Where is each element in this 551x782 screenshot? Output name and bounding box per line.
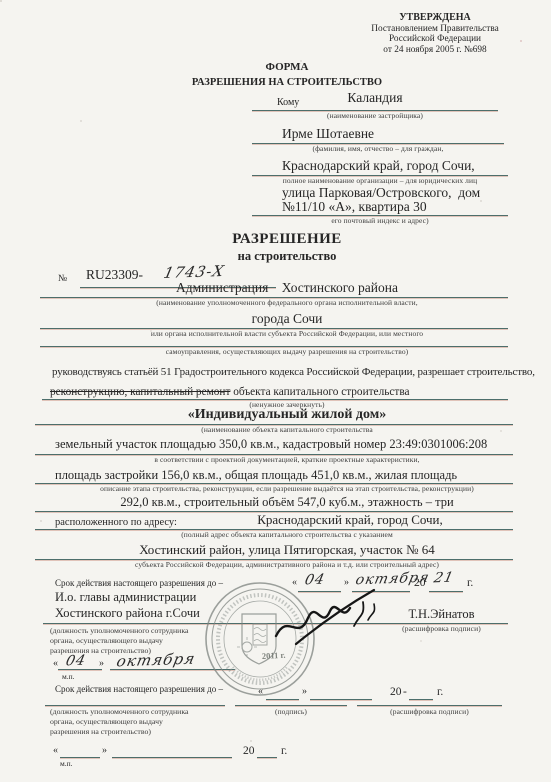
approval-line1: УТВЕРЖДЕНА [335,12,535,24]
recipient-name: Каландия [252,90,498,106]
official-post-line2: Хостинского района г.Сочи [55,606,200,620]
signer-caption-2: (расшифровка подписи) [357,708,502,717]
validity-century: 20 [414,577,426,590]
form-rule [45,705,225,706]
authority-caption-1: (наименование уполномоченного федерально… [37,299,537,308]
issue-quote-open: « [53,658,58,670]
issue-quote-close: » [99,658,104,670]
form-subtitle: РАЗРЕШЕНИЯ НА СТРОИТЕЛЬСТВО [37,77,537,89]
permit-title: РАЗРЕШЕНИЕ [37,231,537,248]
signer-name-caption: (расшифровка подписи) [375,625,508,634]
document-page: УТВЕРЖДЕНА Постановлением Правительства … [0,0,551,782]
post2-caption-2: органа, осуществляющего выдачу [50,718,163,727]
object-name: «Индивидуальный жилой дом» [37,407,537,423]
validity-label-2: Срок действия настоящего разрешения до – [55,684,223,694]
after-struck-text: объекта капитального строительства [230,386,409,398]
date2-quote-close: » [102,745,107,757]
official-post-line1: И.о. главы администрации [55,590,196,604]
area-line2: 292,0 кв.м., строительный объём 547,0 ку… [37,495,537,509]
validity2-year-suffix: г. [437,686,443,699]
approval-line4: от 24 ноября 2005 г. №698 [335,45,535,56]
scan-noise [0,0,2,2]
sign-caption-2: (подпись) [235,708,347,717]
form-rule [429,591,463,592]
signer-name: Т.Н.Эйнатов [375,607,508,621]
post2-caption-3: разрешения на строительство) [50,728,151,737]
post2-caption-1: (должность уполномоченного сотрудника [50,708,188,717]
area-line1: площадь застройки 156,0 кв.м., общая пло… [55,468,457,482]
struck-text: реконструкцию, капитальный ремонт [50,386,230,398]
form-title: ФОРМА [37,61,537,74]
form-rule [357,705,502,706]
date2-century: 20 [243,745,255,758]
struck-line: реконструкцию, капитальный ремонт объект… [50,386,410,399]
form-rule [112,757,232,758]
located-value: Краснодарский край, город Сочи, [200,513,500,528]
post-caption-2: органа, осуществляющего выдачу [50,637,163,646]
approval-block: УТВЕРЖДЕНА Постановлением Правительства … [335,12,535,56]
authority-caption-2: или органа исполнительной власти субъект… [37,330,537,339]
object-caption: (наименование объекта капитального строи… [37,426,537,435]
post-caption-1: (должность уполномоченного сотрудника [50,627,188,636]
form-rule [409,699,433,700]
date2-suffix: г. [281,745,287,758]
parcel-caption: в соответствии с проектной документацией… [37,456,537,465]
recipient-patronymic-caption: (фамилия, имя, отчество – для граждан, [252,145,504,154]
permit-subtitle: на строительство [37,249,537,263]
intro-text: руководствуясь статьёй 51 Градостроитель… [52,366,535,379]
form-rule [58,669,102,670]
validity2-century: 20 [390,686,402,699]
handwritten-signature [268,586,386,652]
seal-place-label-1: м.п. [62,673,75,682]
seal-place-label-2: м.п. [60,760,73,769]
authority-name-2: города Сочи [37,311,537,327]
recipient-patronymic: Ирме Шотаевне [282,126,374,142]
area-caption: описание этапа строительства, реконструк… [37,485,537,494]
validity-label-1: Срок действия настоящего разрешения до – [55,578,223,588]
date2-quote-open: « [53,745,58,757]
located-label: расположенного по адресу: [55,517,177,529]
recipient-name-caption: (наименование застройщика) [252,112,498,121]
approval-line3: Российской Федерации [335,34,535,45]
form-rule [310,699,372,700]
recipient-address-line2: №11/10 «А», квартира 30 [282,199,427,215]
form-rule [60,757,100,758]
recipient-region: Краснодарский край, город Сочи, [282,158,475,174]
approval-line2: Постановлением Правительства [335,24,535,35]
authority-caption-3: самоуправления, осуществляющих выдачу ра… [37,348,537,357]
issue-day-handwritten: 04 [64,653,87,670]
parcel-text: земельный участок площадью 350,0 кв.м., … [55,437,487,451]
form-rule [235,705,347,706]
issue-month-handwritten: октября [115,651,197,671]
validity-year-suffix: г. [467,577,473,590]
authority-name-1: Администрация Хостинского района [37,280,537,296]
quote-open-2: « [258,686,263,698]
quote-close-2: » [302,686,307,698]
form-rule [266,699,299,700]
located-value2: Хостинский район, улица Пятигорская, уча… [37,543,537,558]
located-caption: (полный адрес объекта капитального строи… [37,531,537,540]
validity2-dash: - [403,686,407,699]
recipient-address-caption: его почтовый индекс и адрес) [252,217,508,226]
form-rule [257,757,277,758]
validity-year-handwritten: 21 [432,570,455,587]
located-caption2: субъекта Российской Федерации, администр… [37,561,537,570]
